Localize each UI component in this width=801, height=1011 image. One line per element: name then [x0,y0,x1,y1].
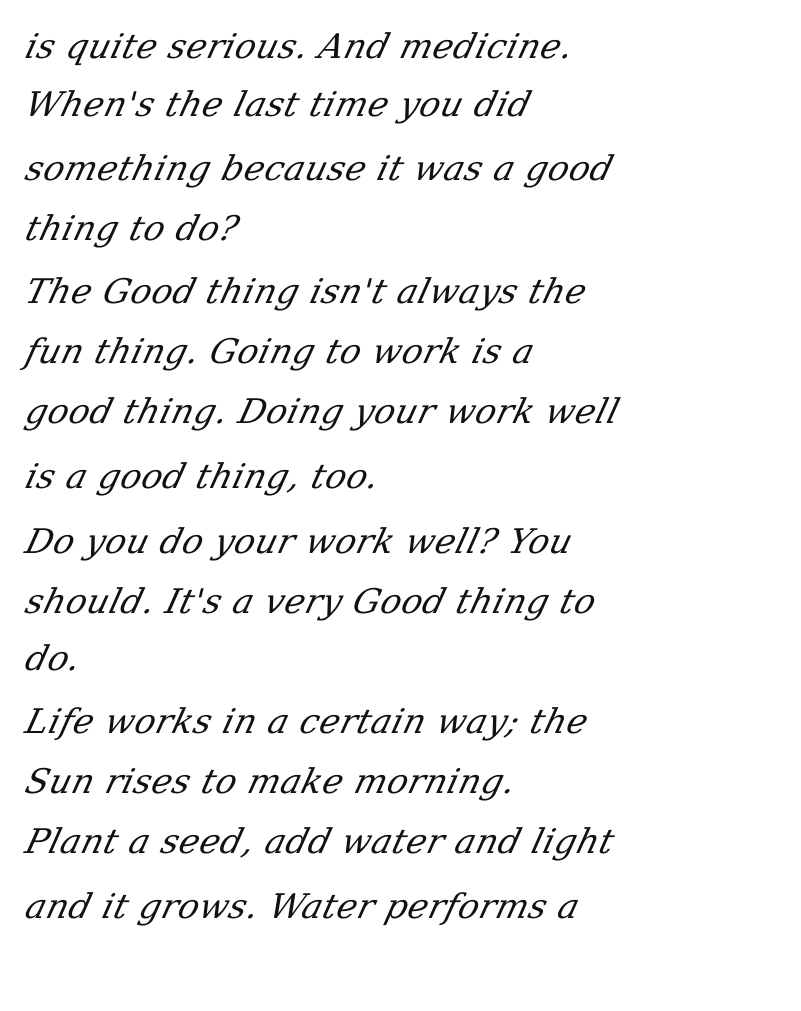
text-line: is quite serious. And medicine. [22,30,577,64]
handwritten-page: is quite serious. And medicine. When's t… [0,0,801,1011]
text-line: should. It's a very Good thing to [22,585,600,619]
text-line: good thing. Doing your work well [22,395,623,429]
text-line: and it grows. Water performs a [22,890,584,924]
text-line: The Good thing isn't always the [22,275,591,309]
text-line: Do you do your work well? You [22,525,577,559]
text-line: Sun rises to make morning. [22,765,520,799]
text-line: is a good thing, too. [22,460,383,494]
text-line: do. [22,642,84,676]
text-line: Plant a seed, add water and light [22,825,618,859]
text-line: thing to do? [22,212,243,246]
text-line: fun thing. Going to work is a [22,335,538,369]
text-line: Life works in a certain way; the [22,705,592,739]
text-line: something because it was a good [22,152,617,186]
text-line: When's the last time you did [22,88,535,122]
